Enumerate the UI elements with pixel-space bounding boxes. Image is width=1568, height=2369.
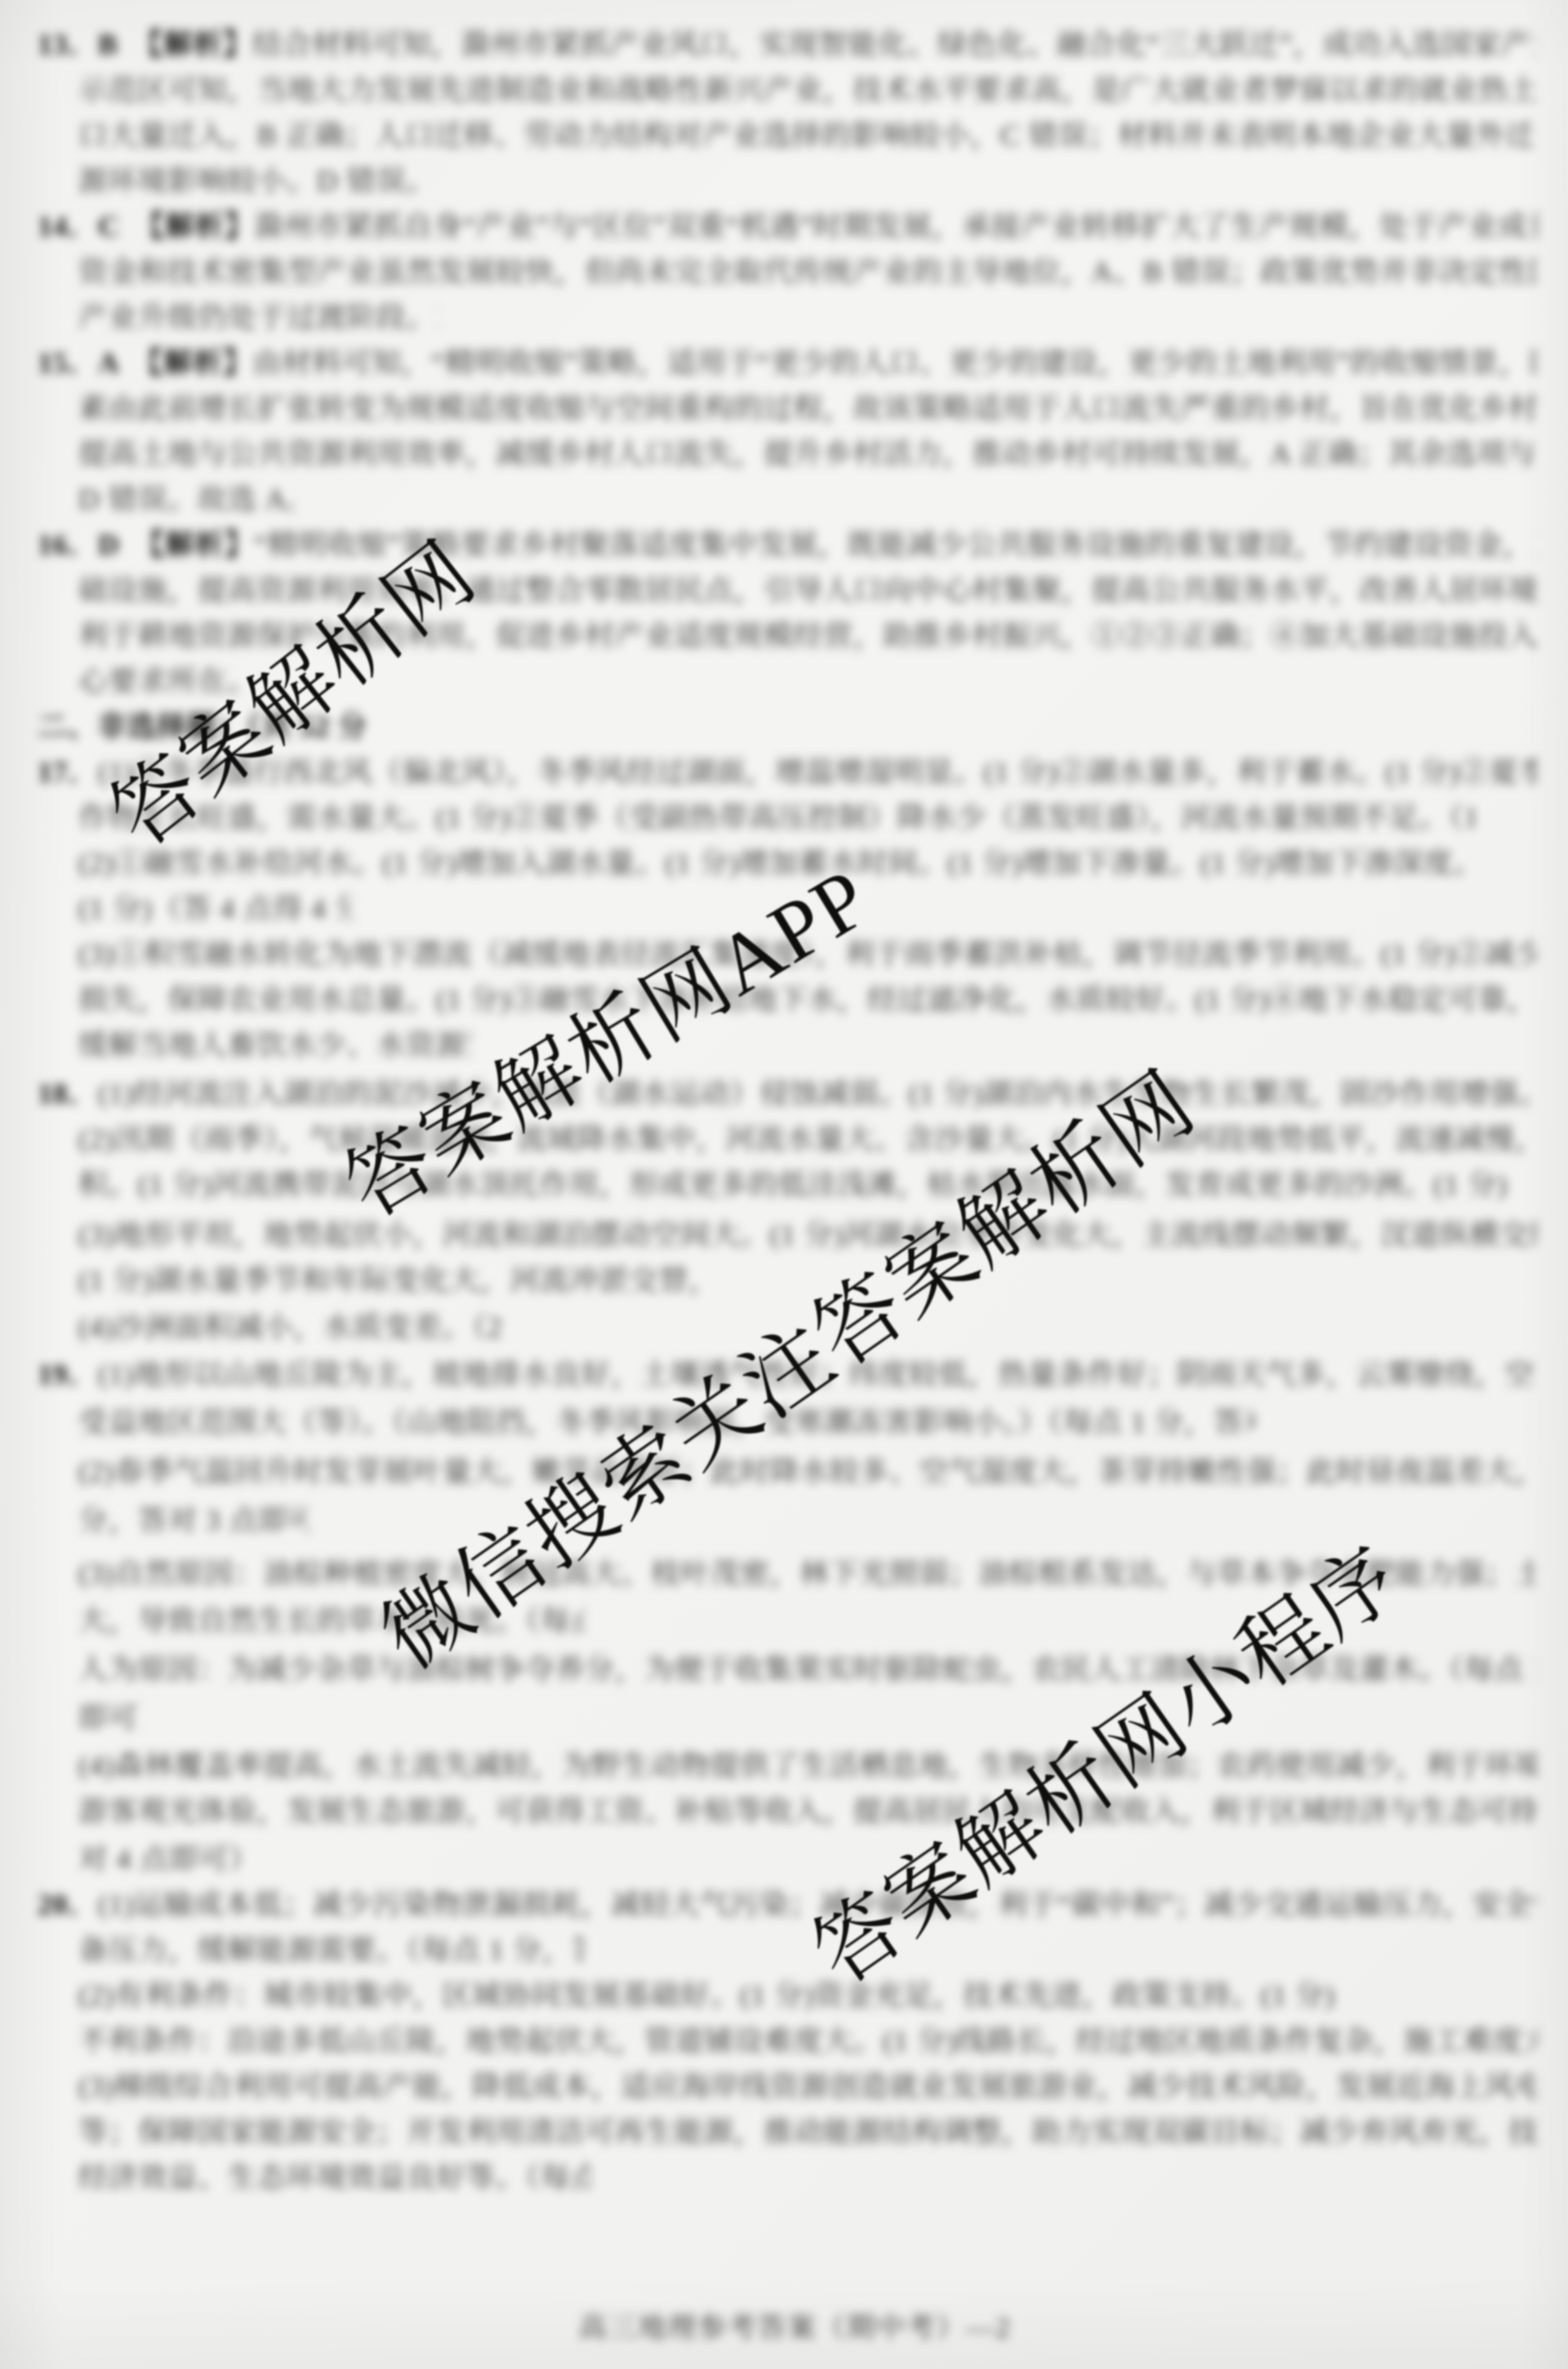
text-line: (4)森林覆盖率提高，水土流失减轻，为野生动物提供了生活栖息地，生物多样性增加；… [78,1744,1537,1789]
document-text: 高三地理参考答案（期中考）—2 13．B 【解析】结合材料可知，滁州市紧抓产业风… [0,0,1568,2369]
text-line: 16．D 【解析】“精明收缩”策略要求乡村聚落适度集中发展，既能减少公共服务设施… [38,523,1537,569]
text-line: 20．(1)运输成本低；减少污染物泄漏损耗，减轻大气污染；减少碳排放，利于“碳中… [38,1883,1537,1928]
bold-label: 15．A 【解析】 [38,347,252,380]
bold-label: 18． [38,1078,98,1110]
text-line: 游客观光体验，发展生态旅游，可获得工资、补贴等收入，提高居民人均可支配收入，利于… [78,1789,1537,1835]
text-line: 受益地区范围大（等）。（山地阻挡，冬季风影响弱，受寒潮冻害影响小。）（每点 1 … [78,1401,1254,1446]
text-line: D 错误。故选 A。 [78,478,294,523]
text-line: 础设施，提高资源利用效率；通过整合零散居民点，引导人口向中心村集聚，提高公共服务… [78,569,1537,614]
text-line: 作物生长旺盛，需水量大。(1 分)②夏季（受副热带高压控制）降水少（蒸发旺盛），… [78,796,1474,841]
text-line: 经济效益、生态环境效益良好等。（每点 1 分，答对 4 点即可） [78,2156,592,2201]
text-line: 不利条件：沿途多低山丘陵，地势起伏大，管道铺设难度大。(1 分)线路长，经过地区… [78,2019,1537,2065]
text-line: 源环境影响较小。D 错误。故选 B。 [78,159,431,205]
bold-label: 13．B 【解析】 [38,29,252,61]
text-line: 即可） [78,1696,141,1742]
text-line: (2)春季气温回升时发芽展叶量大，嫩芽品质好；此时降水较多、空气湿度大，茶芽持嫩… [78,1450,1537,1495]
text-line: (1 分)湖水量季节和年际变化大，河流冲淤交替，形成更多沙洲。（1 分） [78,1259,706,1304]
text-line: 二、非选择题：（共 52 分） [38,705,365,750]
text-line: (3)①积雪融水转化为地下潜流（减缓地表径流汇集速度），利于雨季蓄洪补枯，调节径… [78,932,1537,978]
text-line: (3)自然原因：油棕种植密度大，树冠高大、枝叶茂密，林下光照弱；油棕根系发达，与… [78,1552,1537,1597]
text-line: (2)汛期（雨季），气候温暖湿润，流域降水集中，河流水量大、含沙量大。(1 分)… [78,1117,1537,1163]
text-line: (2)①融雪水补给河水。(1 分)增加入湖水量。(1 分)增加蓄水时间。(1 分… [78,841,1537,887]
text-line: 示范区可知，当地大力发展先进制造业和战略性新兴产业，技术水平要求高，是广大就业者… [78,68,1537,114]
page-footer: 高三地理参考答案（期中考）—2 [579,2307,1011,2348]
bold-label: 19． [38,1359,98,1391]
bold-label: 20． [38,1889,98,1921]
text-line: 提高土地与公共资源利用效率，减缓乡村人口流失，提升乡村活力，推动乡村可持续发展，… [78,432,1537,478]
text-line: 利于耕地资源保护与集约利用，促进乡村产业适度规模经营，助推乡村振兴，①②③正确；… [78,614,1537,659]
text-line: 对 4 点即可） [78,1837,239,1883]
bold-label: 二、非选择题：（共 52 分） [38,711,365,743]
text-line: 资金和技术密集型产业虽然发展较快，但尚未完全取代传统产业的主导地位，A、B 错误… [78,250,1537,296]
text-line: 大，导致自然生长的草本层枯死。（每点 1 分，答对 2 点即可） [78,1599,584,1644]
bold-label: 17． [38,757,98,789]
text-line: (4)沙洲面积减小，水质变差。（2 分） [78,1306,510,1351]
text-line: (3)地形平坦，地势起伏小，河流和湖泊摆动空间大。(1 分)河湖水位季节变化大，… [78,1213,1537,1259]
text-line: 积。(1 分)河流携带泥沙与湖水顶托作用，形成更多的低洼浅滩，枯水期出露水面，发… [78,1163,1537,1208]
text-line: (3)梯级综合利用可提高产能，降低成本，适应海岸线资源创造就业发展旅游业，减少技… [78,2065,1537,2110]
text-line: 缓解当地人畜饮水少、水资源短缺问题。(2 分) [78,1023,470,1069]
text-line: 18．(1)经河流注入湖泊的泥沙减少，风浪（湖水运动）侵蚀减弱。(1 分)湖泊内… [38,1072,1537,1117]
text-line: 分，答对 3 点即可） [78,1499,310,1544]
text-line: 心要求所在。故选 D。 [78,659,259,705]
text-line: 备压力，缓解能源需要。（每点 1 分，答对 4 点即可） [78,1928,584,1974]
text-line: 口大量迁入，B 正确；人口迁移、劳动力结构对产业选择的影响较小，C 错误；材料并… [78,114,1537,159]
text-line: 17．(1)①冬季盛行西北风（偏北风），冬季风经过湖面，增温增湿明显。(1 分)… [38,750,1537,796]
bold-label: 14．C 【解析】 [38,211,254,243]
text-line: 产业升级仍处于过渡阶段。D 错误。故选 C。 [78,296,439,341]
text-line: (1 分)（答 4 点得 4 分） [78,887,353,932]
text-line: 损失，保障农业用水总量。(1 分)③融雪水下渗补给地下水，经过滤净化，水质较好。… [78,978,1537,1023]
bold-label: 16．D 【解析】 [38,529,254,561]
answer-key-page: 高三地理参考答案（期中考）—2 13．B 【解析】结合材料可知，滁州市紧抓产业风… [0,0,1568,2369]
text-line: 14．C 【解析】滁州市紧抓自身“产业”与“区位”双重“机遇”时期发展，承接产业… [38,205,1537,250]
text-line: 人为原因：为减少杂草与油棕树争夺养分，为便于收集果实时驱除蛇虫，农民人工清除林下… [78,1648,1537,1693]
text-line: 15．A 【解析】由材料可知，“精明收缩”策略，适用于“更少的人口、更少的建设，… [38,341,1537,387]
text-line: (2)有利条件：城市较集中，区域协同发展基础好。(1 分)资金充足，技术先进，政… [78,1974,1537,2019]
text-line: 19．(1)地形以山地丘陵为主，坡地排水良好，土壤透气性好；纬度较低，热量条件好… [38,1353,1537,1398]
text-line: 等；保障国家能源安全；开发利用清洁可再生能源，推动能源结构调整，助力实现双碳目标… [78,2110,1537,2156]
text-line: 13．B 【解析】结合材料可知，滁州市紧抓产业风口，实现智能化、绿色化、融合化“… [38,23,1537,68]
text-line: 素由此前增长扩张转变为规模适度收缩与空间重构的过程，故该策略适用于人口流失严重的… [78,387,1537,432]
